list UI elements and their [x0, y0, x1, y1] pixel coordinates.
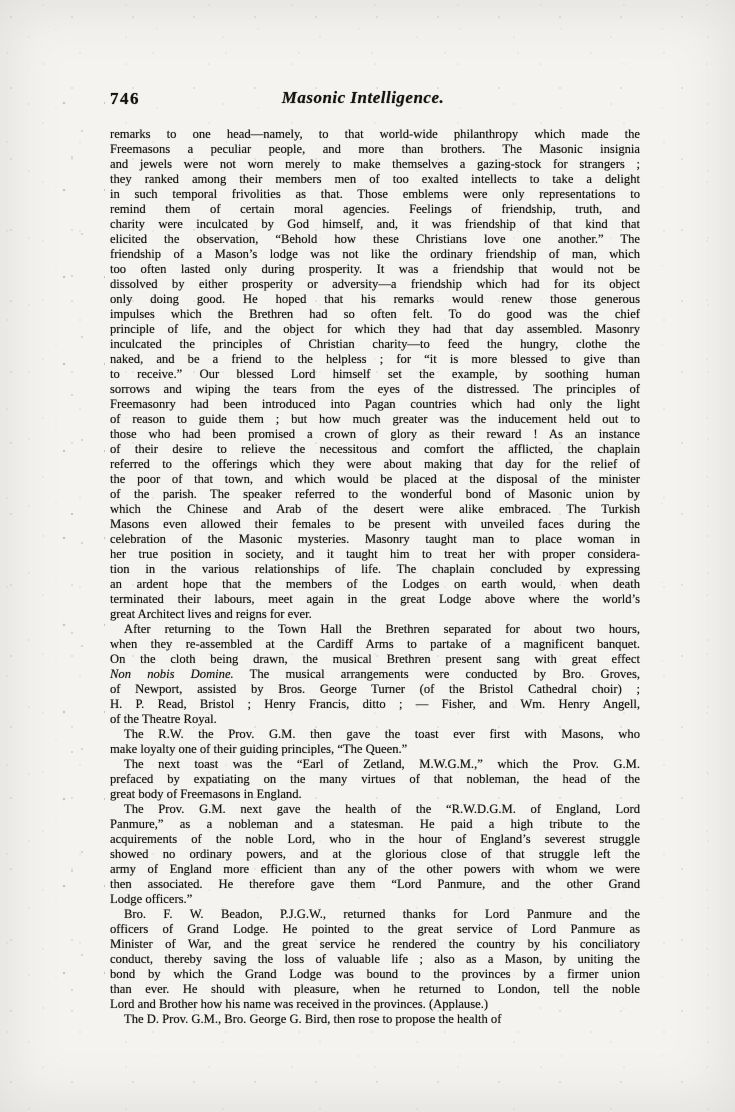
page-body: remarks to one head—namely, to that worl…	[110, 127, 640, 1027]
text-line: of reason to guide them ; but how much g…	[110, 412, 640, 427]
text-line: Non nobis Domine. The musical arrangemen…	[110, 667, 640, 682]
text-segment: The musical arrangements were conducted …	[234, 667, 640, 681]
text-line: inculcated the principles of Christian c…	[110, 337, 640, 352]
text-line: an ardent hope that the members of the L…	[110, 577, 640, 592]
text-line: Panmure,” as a nobleman and a statesman.…	[110, 817, 640, 832]
scanned-page: 746 Masonic Intelligence. remarks to one…	[0, 0, 735, 1112]
text-line: The Prov. G.M. next gave the health of t…	[110, 802, 640, 817]
text-line: prefaced by expatiating on the many virt…	[110, 772, 640, 787]
scan-noise	[55, 90, 105, 1030]
text-line: they ranked among their members men of t…	[110, 172, 640, 187]
italic-phrase: Non nobis Domine.	[110, 667, 234, 681]
text-line: naked, and be a friend to the helpless ;…	[110, 352, 640, 367]
text-line: terminated their labours, meet again in …	[110, 592, 640, 607]
text-line: Bro. F. W. Beadon, P.J.G.W., returned th…	[110, 907, 640, 922]
text-line: On the cloth being drawn, the musical Br…	[110, 652, 640, 667]
text-line: of the parish. The speaker referred to t…	[110, 487, 640, 502]
text-line: of their desire to relieve the necessito…	[110, 442, 640, 457]
text-line: in such temporal frivolities as that. Th…	[110, 187, 640, 202]
text-line: principle of life, and the object for wh…	[110, 322, 640, 337]
text-line: Lodge officers.”	[110, 892, 640, 907]
text-line: Minister of War, and the great service h…	[110, 937, 640, 952]
text-line: impulses which the Brethren had so often…	[110, 307, 640, 322]
text-line: remarks to one head—namely, to that worl…	[110, 127, 640, 142]
text-line: great body of Freemasons in England.	[110, 787, 640, 802]
text-line: those who had been promised a crown of g…	[110, 427, 640, 442]
text-line: The R.W. the Prov. G.M. then gave the to…	[110, 727, 640, 742]
text-line: officers of Grand Lodge. He pointed to t…	[110, 922, 640, 937]
page-title: Masonic Intelligence.	[110, 88, 616, 108]
text-line: conduct, thereby saving the loss of valu…	[110, 952, 640, 967]
text-line: make loyalty one of their guiding princi…	[110, 742, 640, 757]
text-line: The D. Prov. G.M., Bro. George G. Bird, …	[110, 1012, 640, 1027]
text-line: the poor of that town, and which would b…	[110, 472, 640, 487]
text-line: sorrows and wiping the tears from the ey…	[110, 382, 640, 397]
text-line: which the Chinese and Arab of the desert…	[110, 502, 640, 517]
text-line: H. P. Read, Bristol ; Henry Francis, dit…	[110, 697, 640, 712]
text-line: Lord and Brother how his name was receiv…	[110, 997, 640, 1012]
text-line: to receive.” Our blessed Lord himself se…	[110, 367, 640, 382]
text-line: charity were inculcated by God himself, …	[110, 217, 640, 232]
text-line: of the Theatre Royal.	[110, 712, 640, 727]
text-line: tion in the various relationships of lif…	[110, 562, 640, 577]
text-line: Freemasons a peculiar people, and more t…	[110, 142, 640, 157]
page-header: 746 Masonic Intelligence.	[110, 88, 640, 110]
text-line: and jewels were not worn merely to make …	[110, 157, 640, 172]
text-line: Masons even allowed their females to be …	[110, 517, 640, 532]
text-line: then associated. He therefore gave them …	[110, 877, 640, 892]
text-line: when they re-assembled at the Cardiff Ar…	[110, 637, 640, 652]
text-line: The next toast was the “Earl of Zetland,…	[110, 757, 640, 772]
text-line: celebration of the Masonic mysteries. Ma…	[110, 532, 640, 547]
text-line: Freemasonry had been introduced into Pag…	[110, 397, 640, 412]
text-line: only doing good. He hoped that his remar…	[110, 292, 640, 307]
text-line: of Newport, assisted by Bros. George Tur…	[110, 682, 640, 697]
text-line: her true position in society, and it tau…	[110, 547, 640, 562]
text-line: army of England more efficient than any …	[110, 862, 640, 877]
text-line: remind them of certain moral agencies. F…	[110, 202, 640, 217]
text-line: friendship of a Mason’s lodge was not li…	[110, 247, 640, 262]
text-line: showed no ordinary powers, and at the gl…	[110, 847, 640, 862]
text-line: than ever. He should with pleasure, when…	[110, 982, 640, 997]
text-line: too often lasted only during prosperity.…	[110, 262, 640, 277]
text-line: dissolved by either prosperity or advers…	[110, 277, 640, 292]
text-line: bond by which the Grand Lodge was bound …	[110, 967, 640, 982]
text-line: referred to the offerings which they wer…	[110, 457, 640, 472]
text-line: elicited the observation, “Behold how th…	[110, 232, 640, 247]
text-line: After returning to the Town Hall the Bre…	[110, 622, 640, 637]
text-line: great Architect lives and reigns for eve…	[110, 607, 640, 622]
text-line: acquirements of the noble Lord, who in t…	[110, 832, 640, 847]
